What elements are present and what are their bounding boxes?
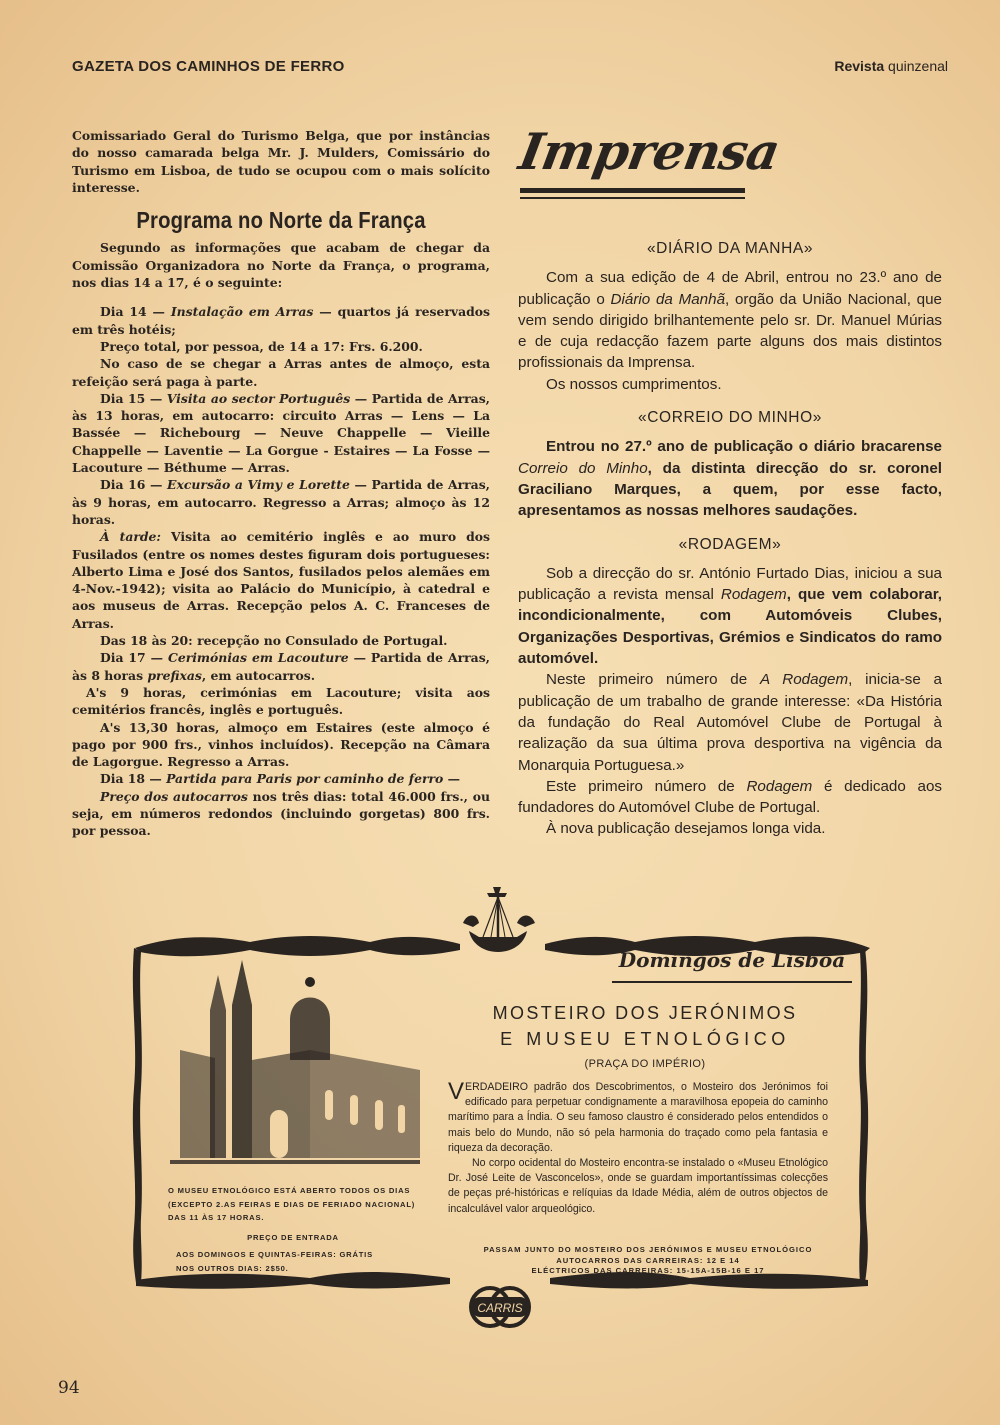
price-line-1: AOS DOMINGOS E QUINTAS-FEIRAS: GRÁTIS (168, 1248, 418, 1262)
day-15: Dia 15 — Visita ao sector Português — Pa… (72, 390, 490, 476)
hours-line-1: O MUSEU ETNOLÓGICO ESTÁ ABERTO TODOS OS … (168, 1184, 418, 1198)
lead-paragraph: Segundo as informações que acabam de che… (72, 239, 490, 291)
transport-line-2: AUTOCARROS DAS CARREIRAS: 12 E 14 (458, 1256, 838, 1267)
drop-cap: V (448, 1081, 464, 1103)
caravel-ship-icon (455, 883, 545, 963)
subtitle-bold: Revista (834, 58, 884, 74)
heading-rodagem: «RODAGEM» (518, 534, 942, 555)
running-header-subtitle: Revista quinzenal (834, 58, 948, 74)
advert-title-line1: MOSTEIRO DOS JERÓNIMOS (470, 1000, 820, 1026)
price-line-2: NOS OUTROS DIAS: 2$50. (168, 1262, 418, 1276)
title-rule-thin (520, 197, 745, 199)
rodagem-p3: Este primeiro número de Rodagem é dedica… (518, 776, 942, 819)
heading-diario-da-manha: «DIÁRIO DA MANHA» (518, 238, 942, 259)
ceremonies: A's 9 horas, cerimónias em Lacouture; vi… (72, 684, 490, 719)
imprensa-title: Imprensa (515, 122, 756, 182)
left-column-article: Comissariado Geral do Turismo Belga, que… (72, 127, 490, 840)
heading-correio-do-minho: «CORREIO DO MINHO» (518, 407, 942, 428)
series-rule (612, 981, 852, 983)
lunch-estaires: A's 13,30 horas, almoço em Estaires (est… (72, 719, 490, 771)
page-number: 94 (58, 1378, 80, 1398)
intro-paragraph: Comissariado Geral do Turismo Belga, que… (72, 127, 490, 196)
day-18: Dia 18 — Partida para Paris por caminho … (72, 770, 490, 787)
day-14: Dia 14 — Instalação em Arras — quartos j… (72, 303, 490, 338)
afternoon: À tarde: Visita ao cemitério inglês e ao… (72, 528, 490, 632)
price-heading: PREÇO DE ENTRADA (168, 1231, 418, 1245)
consulate: Das 18 às 20: recepção no Consulado de P… (72, 632, 490, 649)
rodagem-p2: Neste primeiro número de A Rodagem, inic… (518, 669, 942, 775)
rodagem-p1: Sob a direcção do sr. António Furtado Di… (518, 563, 942, 669)
advert-paragraph-1: VERDADEIRO padrão dos Descobrimentos, o … (448, 1080, 828, 1156)
transport-line-1: PASSAM JUNTO DO MOSTEIRO DOS JERÓNIMOS E… (458, 1245, 838, 1256)
day-17: Dia 17 — Cerimónias em Lacouture — Parti… (72, 649, 490, 684)
right-column-imprensa: «DIÁRIO DA MANHA» Com a sua edição de 4 … (518, 232, 942, 840)
advert-subtitle: (PRAÇA DO IMPÉRIO) (470, 1058, 820, 1070)
jeronimos-monastery-illustration-icon (170, 950, 430, 1170)
advert-paragraph-2: No corpo ocidental do Mosteiro encontra-… (448, 1156, 828, 1217)
title-rule-thick (520, 188, 745, 193)
section-title: Programa no Norte da França (97, 212, 465, 229)
bus-price: Preço dos autocarros nos três dias: tota… (72, 788, 490, 840)
subtitle-rest: quinzenal (884, 58, 948, 74)
advert-title: MOSTEIRO DOS JERÓNIMOS E MUSEU ETNOLÓGIC… (470, 1000, 820, 1052)
transport-line-3: ELÉCTRICOS DAS CARREIRAS: 15-15A-15B-16 … (458, 1266, 838, 1277)
advert-title-line2: E MUSEU ETNOLÓGICO (470, 1026, 820, 1052)
carris-logo-icon: CARRIS (460, 1282, 540, 1332)
transport-info: PASSAM JUNTO DO MOSTEIRO DOS JERÓNIMOS E… (458, 1245, 838, 1277)
diario-greeting: Os nossos cumprimentos. (518, 374, 942, 395)
correio-paragraph: Entrou no 27.º ano de publicação o diári… (518, 436, 942, 521)
museum-hours: O MUSEU ETNOLÓGICO ESTÁ ABERTO TODOS OS … (168, 1184, 418, 1275)
diario-paragraph: Com a sua edição de 4 de Abril, entrou n… (518, 267, 942, 373)
total-price: Preço total, por pessoa, de 14 a 17: Frs… (72, 338, 490, 355)
advert-body: VERDADEIRO padrão dos Descobrimentos, o … (448, 1080, 828, 1217)
series-title: Domingos de Lisboa (612, 948, 852, 972)
day-16: Dia 16 — Excursão a Vimy e Lorette — Par… (72, 476, 490, 528)
imprensa-header: Imprensa (520, 122, 750, 199)
hours-line-3: DAS 11 ÀS 17 HORAS. (168, 1211, 418, 1225)
carris-logo-text: CARRIS (477, 1301, 522, 1315)
running-header-title: GAZETA DOS CAMINHOS DE FERRO (72, 58, 345, 75)
lunch-note: No caso de se chegar a Arras antes de al… (72, 355, 490, 390)
rodagem-p4: À nova publicação desejamos longa vida. (518, 818, 942, 839)
hours-line-2: (EXCEPTO 2.AS FEIRAS E DIAS DE FERIADO N… (168, 1198, 418, 1212)
